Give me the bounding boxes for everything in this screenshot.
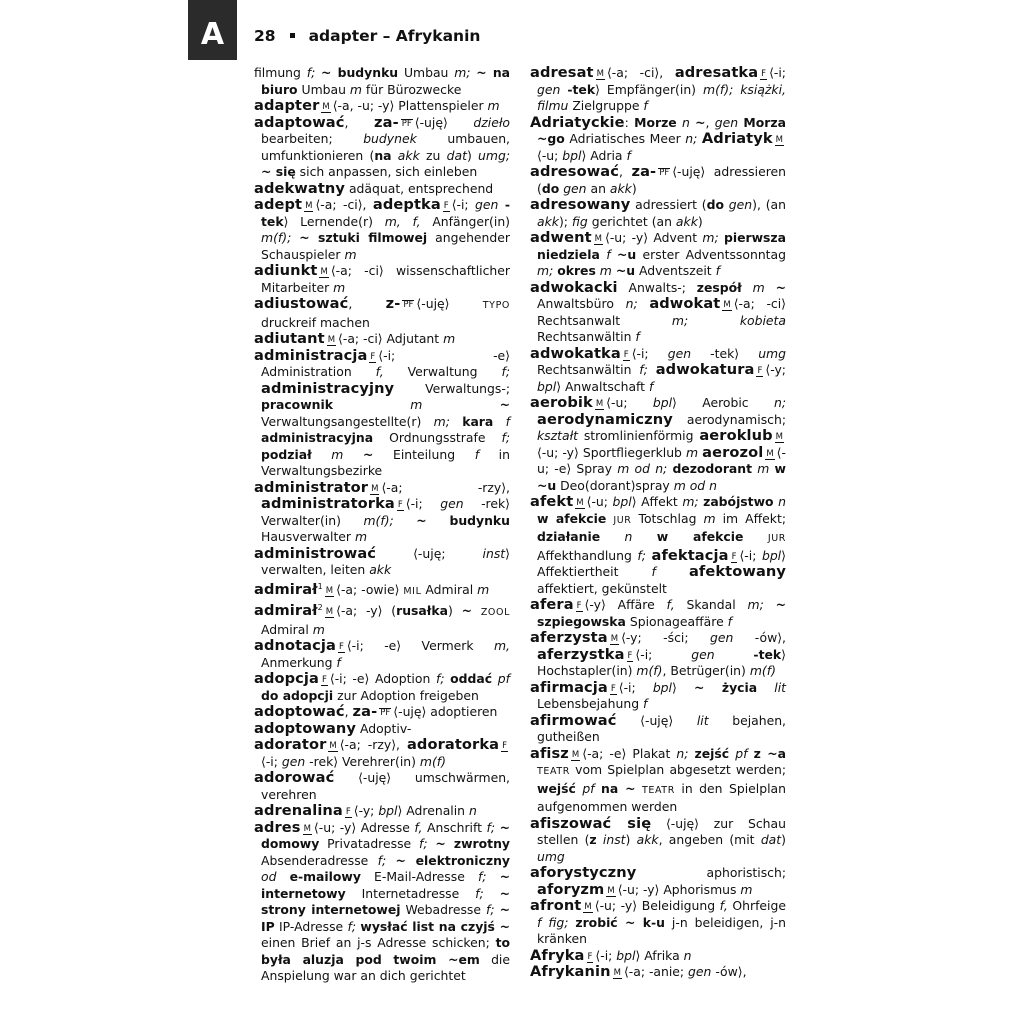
entry-text: ~ życia [694,680,757,695]
gender-marker-m: M [571,750,580,761]
entry-text: ⟨-uję; [376,546,482,561]
entry-text: rusałka [396,603,448,618]
entry-text: Anfänger(in) [421,214,510,229]
entry-text: w afekcie [537,511,606,526]
entry-text: do adopcji [261,688,333,703]
entry-text: fig [572,214,588,229]
headword: adopcja [254,670,319,687]
entry-text: sich anpassen, sich einleben [296,164,477,179]
dictionary-entry: adresM⟨-u; -y⟩ Adresse f, Anschrift f; ~… [254,820,510,985]
entry-text: m [487,98,499,113]
dictionary-entry: adwentM⟨-u; -y⟩ Advent m; pierwsza niedz… [530,230,786,280]
entry-text: akk [676,214,698,229]
entry-text: Totschlag [631,511,703,526]
entry-text [493,414,505,429]
headword: administrować [254,545,376,562]
headword: adoptowany [254,720,356,737]
headword: administracyjny [261,380,394,397]
running-header: 28adapter – Afrykanin [254,27,480,45]
headword: adrenalina [254,802,343,819]
entry-text: aphoristisch; [636,865,786,880]
entry-text: na ~ [601,781,635,796]
entry-text: m [753,280,765,295]
entry-text: , [706,115,715,130]
dictionary-entry: adwokatkaF⟨-i; gen -tek⟩ umg Rechtsanwäl… [530,346,786,396]
headword: adekwatny [254,180,345,197]
entry-text: Anwalts-; [618,280,697,295]
gender-marker-f: F [369,352,376,363]
entry-text: ⟩ Aerobic [672,395,774,410]
dictionary-entry: adwokacki Anwalts-; zespół m ~ Anwaltsbü… [530,280,786,346]
entry-text: bpl [537,379,556,394]
entry-text: ⟨-i; [595,948,616,963]
entry-text [312,447,332,462]
entry-text: ⟨-i; [619,680,653,695]
entry-text: Zielgruppe [568,98,643,113]
entry-text: zrobić ~ k-u [575,915,665,930]
entry-text: ), (an [752,197,786,212]
entry-text: JUR [613,515,631,526]
entry-text: m [350,82,362,97]
entry-text: JUR [768,533,786,544]
headword: aforyzm [537,881,604,898]
entry-text: -tek⟩ [691,346,758,361]
entry-text: -ów⟩, [711,964,746,979]
entry-text: , [619,164,632,179]
entry-text: ⟩ Lernende(r) [284,214,385,229]
entry-text: Hausverwalter [261,529,355,544]
entry-text: ⟨-a; -ci⟩ Adjutant [338,331,443,346]
dictionary-entry: adopcjaF⟨-i; -e⟩ Adoption f; oddać pf do… [254,671,510,704]
gender-marker-m: M [303,824,312,835]
entry-text: gen [475,197,498,212]
entry-text: ⟨-a; -ci⟩, [607,65,675,80]
entry-text: działanie [537,529,600,544]
entry-text: zejść [695,746,730,761]
entry-text: m(f) [636,663,662,678]
gender-marker-m: M [775,135,784,146]
entry-text: Anschrift [422,820,486,835]
entry-text: ~ [776,280,786,295]
gender-marker-m: M [304,201,313,212]
entry-text: umg; [478,148,510,163]
entry-text: ~ [363,447,373,462]
entry-text: ); [559,214,572,229]
entry-text: umg [758,346,786,361]
headword: adresatka [675,64,758,81]
entry-text: 1 [318,582,323,591]
entry-text: administracyjna [261,430,373,445]
gender-marker-pf: PF [402,300,414,310]
entry-text: , [348,296,385,311]
gender-marker-f: F [576,601,583,612]
entry-text: bpl [762,548,781,563]
entry-text: einen Brief an j-s Adresse schicken; [261,935,496,950]
entry-text: ~ [500,397,510,412]
entry-text: ) [467,148,478,163]
dictionary-entry: administratorM⟨-a; -rzy⟩, administratork… [254,480,510,546]
entry-text: f; [419,836,435,851]
entry-text: m [600,263,612,278]
entry-text: ⟨-i; [635,647,691,662]
dictionary-entry: adrenalinaF⟨-y; bpl⟩ Adrenalin n [254,803,510,820]
entry-text: ) [632,181,637,196]
dictionary-entry: afektM⟨-u; bpl⟩ Affekt m; zabójstwo n w … [530,494,786,597]
headword: aeroklub [699,427,772,444]
entry-text: gen [710,630,733,645]
entry-text: ZOOL [481,607,510,618]
headword: administracja [254,347,367,364]
entry-text: do [542,181,559,196]
entry-text: zabójstwo [703,494,773,509]
entry-text: an [587,181,610,196]
entry-text: budynek [363,131,417,146]
right-column: adresatM⟨-a; -ci⟩, adresatkaF⟨-i; gen -t… [530,65,786,981]
gender-marker-f: F [397,500,404,511]
dictionary-entry: adoratorM⟨-a; -rzy⟩, adoratorkaF⟨-i; gen… [254,737,510,770]
gender-marker-f: F [321,675,328,686]
entry-text: n; [774,395,786,410]
entry-text: do [707,197,724,212]
entry-text: 2 [318,603,323,612]
entry-text [422,397,499,412]
entry-text [276,869,289,884]
entry-text: f [649,379,653,394]
entry-text: m(f); [261,230,299,245]
entry-text: filmung [254,65,307,80]
gender-marker-m: M [722,300,731,311]
entry-text: Skandal [675,597,748,612]
gender-marker-m: M [321,102,330,113]
entry-text [757,680,774,695]
dictionary-entry: filmung f; ~ budynku Umbau m; ~ na biuro… [254,65,510,98]
entry-text: ⟨-a; -owie⟩ [336,582,403,597]
entry-text: na [374,148,391,163]
dictionary-entry: administracjaF⟨-i; -e⟩ Administration f,… [254,348,510,480]
entry-text: f [728,614,732,629]
entry-text: -rek⟩ Verehrer(in) [305,754,420,769]
entry-text: akk [398,148,420,163]
entry-range: adapter – Afrykanin [309,27,481,45]
headword: Adriatyk [702,130,773,147]
gender-marker-m: M [596,69,605,80]
entry-text: wysłać list na czyjś ~ [360,919,510,934]
entry-text: f; [307,65,321,80]
headword: adresować [530,163,619,180]
entry-text [742,280,753,295]
entry-text: ⟨-u; -y⟩ Sportfliegerklub [537,445,686,460]
gender-marker-m: M [613,968,622,979]
entry-text: ⟨-i; [406,496,440,511]
entry-text: wejść [537,781,576,796]
headword: za- [374,114,399,131]
page-number: 28 [254,27,276,45]
headword: afekt [530,493,573,510]
entry-text: ~u [617,247,636,262]
entry-text: lit [774,680,786,695]
entry-text: n [469,803,477,818]
entry-text: IP-Adresse [275,919,348,934]
dictionary-entry: aferzystaM⟨-y; -ści; gen -ów⟩, aferzystk… [530,630,786,680]
entry-text: ⟨-u; -y⟩ Aphorismus [618,882,741,897]
entry-text: ~ się [261,164,296,179]
entry-text: oddać [450,671,492,686]
entry-text: f [506,414,510,429]
entry-text: ⟨-i; [452,197,475,212]
entry-text: Webadresse [401,902,487,917]
entry-text: ~ budynku [416,513,510,528]
headword: administratorka [261,495,395,512]
entry-text: f; [348,919,361,934]
entry-text: m(f) [750,663,776,678]
entry-text: umg [537,849,565,864]
entry-text: Umbau [298,82,350,97]
headword: adwokat [649,295,720,312]
entry-text: ⟨-u; -y⟩ Beleidigung [595,898,720,913]
entry-text: ~ zwrotny [435,836,510,851]
entry-text: ⟨-i; [632,346,668,361]
headword: afirmować [530,712,617,729]
entry-text: Rechtsanwältin [537,329,635,344]
entry-text: ⟨-a; -e⟩ Plakat [582,746,676,761]
headword: adnotacja [254,637,336,654]
entry-text: m od n [674,478,717,493]
entry-text: TYPO [483,300,510,311]
entry-text: Rechtsanwältin [537,362,639,377]
entry-text: f, [667,597,675,612]
entry-text: Privatadresse [319,836,419,851]
entry-text: ⟨-u; -y⟩ Adresse [314,820,414,835]
gender-marker-f: F [501,741,508,752]
entry-text: pf [582,781,594,796]
gender-marker-m: M [765,449,774,460]
gender-marker-f: F [610,684,617,695]
entry-text: : [625,115,634,130]
entry-text: m [757,461,769,476]
dictionary-entry: adekwatny adäquat, entsprechend [254,181,510,198]
entry-text: ~ [695,115,705,130]
gender-marker-f: F [760,69,767,80]
gender-marker-pf: PF [658,168,670,178]
entry-text: zu [420,148,447,163]
entry-text: gen [537,82,560,97]
gender-marker-m: M [370,484,379,495]
headword: afiszować się [530,815,651,832]
entry-text: pf [498,671,510,686]
entry-text: ) [781,832,786,847]
entry-text: dzieło [473,115,510,130]
entry-text: Admiral [261,622,313,637]
entry-text: ~ elektroniczny [396,853,510,868]
gender-marker-m: M [775,432,784,443]
gender-marker-m: M [583,902,592,913]
gender-marker-pf: PF [401,119,413,129]
headword: aforystyczny [530,864,636,881]
dictionary-entry: AfrykaninM⟨-a; -anie; gen -ów⟩, [530,964,786,981]
letter-tab-label: A [201,17,224,52]
headword: afront [530,897,581,914]
entry-text: f; [436,671,450,686]
entry-text: f, [720,898,728,913]
entry-text: f; [478,869,500,884]
entry-text: n; [626,296,650,311]
entry-text: m [313,622,325,637]
dictionary-entry: aferaF⟨-y⟩ Affäre f, Skandal m; ~ szpieg… [530,597,786,630]
entry-text: Umbau [398,65,454,80]
entry-text [472,603,481,618]
entry-text: n; [676,746,694,761]
gender-marker-f: F [627,651,634,662]
headword: adres [254,819,301,836]
headword: adiustować [254,295,348,312]
entry-text: f; [487,820,500,835]
entry-text: ⟨-a; -ci⟩, [315,197,372,212]
headword: aerobik [530,394,593,411]
entry-text: podział [261,447,312,462]
entry-text: Ohrfeige [728,898,786,913]
headword: Afrykanin [530,963,611,980]
entry-text: dat [761,832,781,847]
headword: adeptka [373,196,441,213]
entry-text: Anmerkung [261,655,336,670]
headword: aferzystka [537,646,625,663]
entry-text: f [643,696,647,711]
entry-text: zur Adoption freigeben [333,688,479,703]
dictionary-entry: adeptM⟨-a; -ci⟩, adeptkaF⟨-i; gen -tek⟩ … [254,197,510,263]
entry-text: MIL [403,586,421,597]
entry-text: ⟩ Affekt [632,494,683,509]
entry-text: f; [639,362,655,377]
entry-text: dezodorant [672,461,752,476]
headword: adoptować [254,703,345,720]
entry-text: Absenderadresse [261,853,378,868]
gender-marker-m: M [575,498,584,509]
entry-text: gen [729,197,752,212]
headword: afektacja [652,547,729,564]
entry-text: akk [369,562,391,577]
entry-text: gen [282,754,305,769]
dictionary-entry: aerobikM⟨-u; bpl⟩ Aerobic n; aerodynamic… [530,395,786,494]
entry-text: ⟩ Empfänger(in) [595,82,703,97]
dictionary-entry: adiutantM⟨-a; -ci⟩ Adjutant m [254,331,510,348]
dictionary-entry: adapterM⟨-a, -u; -y⟩ Plattenspieler m [254,98,510,115]
entry-text: z ~a [754,746,786,761]
entry-text: ⟨-a; -rzy⟩, [381,480,510,495]
entry-text: ⟨-a; -anie; [624,964,688,979]
headword: Afryka [530,947,585,964]
entry-text: ⟩ Adria [581,148,626,163]
entry-text: f [606,247,610,262]
gender-marker-f: F [756,366,763,377]
entry-text: n [682,115,690,130]
entry-text: okres [557,263,596,278]
entry-text: m; [537,263,557,278]
entry-text: ⟨-a; -rzy⟩, [340,737,407,752]
entry-text: ⟨-u; [537,148,562,163]
entry-text: ) [698,214,703,229]
entry-text: Ordnungsstrafe [373,430,501,445]
entry-text: e-mailowy [290,869,361,884]
entry-text: od [261,869,276,884]
entry-text: inst [483,546,506,561]
entry-text: ⟨-u; [587,494,613,509]
entry-text: m, f, [385,214,421,229]
entry-text: m, [494,638,510,653]
gender-marker-m: M [328,741,337,752]
dictionary-entry: afirmacjaF⟨-i; bpl⟩ ~ życia lit Lebensbe… [530,680,786,713]
entry-text [715,647,754,662]
entry-text: , [345,704,353,719]
headword: aferzysta [530,629,608,646]
entry-text: f; [501,364,510,379]
entry-text [333,397,410,412]
entry-text: bpl [378,803,397,818]
entry-text: pf [735,746,747,761]
headword: admirał [254,581,318,598]
entry-text: gen [668,346,691,361]
entry-text: w afekcie [657,529,744,544]
entry-text: ~ [462,603,472,618]
dictionary-entry: admirał1M⟨-a; -owie⟩ MIL Admiral m [254,579,510,601]
entry-text: ⟨-a, -u; -y⟩ Plattenspieler [333,98,488,113]
headword: adresat [530,64,594,81]
dictionary-entry: adnotacjaF⟨-i; -e⟩ Vermerk m, Anmerkung … [254,638,510,671]
dictionary-entry: adaptować, za-PF⟨-uję⟩ dzieło bearbeiten… [254,115,510,181]
headword: adorować [254,769,334,786]
dictionary-entry: AfrykaF⟨-i; bpl⟩ Afrika n [530,948,786,965]
entry-text: Deo(dorant)spray [556,478,673,493]
entry-text: kształt [537,428,578,443]
entry-text: bpl [613,494,632,509]
headword: adept [254,196,302,213]
entry-text [600,529,624,544]
dictionary-entry: adoptować, za-PF⟨-uję⟩ adoptieren [254,704,510,721]
headword: adoratorka [407,736,499,753]
entry-text: Affekthandlung [537,548,637,563]
entry-text: ⟨-u; -y⟩ Advent [605,230,702,245]
entry-text: , Betrüger(in) [663,663,750,678]
entry-text: m [410,397,422,412]
entry-text: m [703,511,715,526]
entry-text: affektiert, gekünstelt [537,581,667,596]
entry-text: Adoptiv- [356,721,411,736]
entry-text: Adventszeit [635,263,716,278]
entry-text: z [589,832,596,847]
entry-text: inst [603,832,626,847]
entry-text [656,564,689,579]
entry-text: TEATR [537,766,570,777]
entry-text [743,529,767,544]
headword: afera [530,596,574,613]
entry-text: gen [440,496,463,511]
entry-text: n [778,494,786,509]
dictionary-entry: Adriatyckie: Morze n ~, gen Morza ~go Ad… [530,115,786,165]
entry-text: aerodynamisch; [673,412,786,427]
entry-text: ⟨-uję⟩ [416,296,482,311]
headword: za- [353,703,378,720]
headword: adapter [254,97,319,114]
entry-text: Morze [634,115,677,130]
entry-text: f; [637,548,651,563]
entry-text: n; [685,131,702,146]
dictionary-entry: adiunktM⟨-a; -ci⟩ wissenschaftlicher Mit… [254,263,510,296]
entry-text: f [635,329,639,344]
dictionary-entry: adorować ⟨-uję⟩ umschwärmen, verehren [254,770,510,803]
entry-text: ⟨-a; -y⟩ ( [336,603,396,618]
headword: aerodynamiczny [537,411,673,428]
entry-text: ⟨-uję⟩ adoptieren [393,704,497,719]
entry-text [343,447,363,462]
